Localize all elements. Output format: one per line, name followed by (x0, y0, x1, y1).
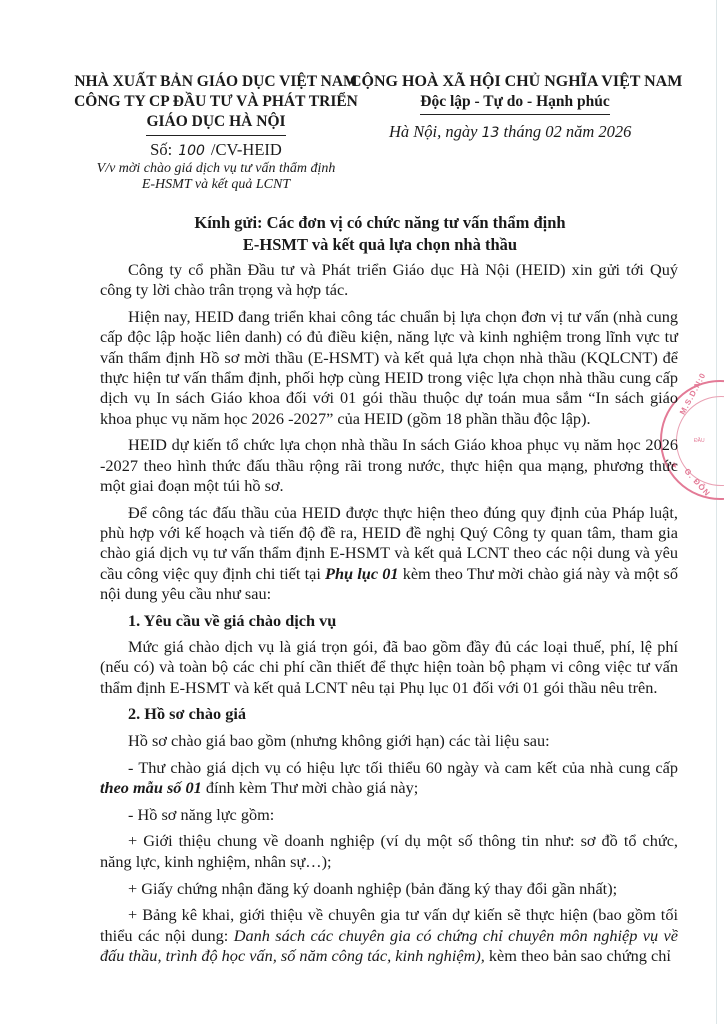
date-line: Hà Nội, ngày 13 tháng 02 năm 2026 (389, 122, 631, 142)
nation-title: CỘNG HOÀ XÃ HỘI CHỦ NGHĨA VIỆT NAM (350, 72, 680, 92)
parent-org-name: NHÀ XUẤT BẢN GIÁO DỤC VIỆT NAM (66, 72, 366, 92)
paragraph-request: Để công tác đấu thầu của HEID được thực … (100, 503, 678, 604)
sub-item-company-intro: + Giới thiệu chung về doanh nghiệp (ví d… (100, 831, 678, 872)
section-2-intro: Hồ sơ chào giá bao gồm (nhưng không giới… (100, 731, 678, 751)
subject-line2: E-HSMT và kết quả LCNT (66, 177, 366, 193)
number-suffix: /CV-HEID (211, 140, 282, 159)
item1-text-end: đính kèm Thư mời chào giá này; (206, 778, 418, 797)
stamp-text-mid: ĐẦU (694, 438, 705, 444)
national-motto: Độc lập - Tự do - Hạnh phúc (420, 92, 609, 115)
item1-text: - Thư chào giá dịch vụ có hiệu lực tối t… (128, 758, 678, 777)
addressee: Kính gửi: Các đơn vị có chức năng tư vấn… (100, 212, 660, 256)
paragraph-plan: HEID dự kiến tổ chức lựa chọn nhà thầu I… (100, 435, 678, 496)
paragraph-context: Hiện nay, HEID đang triển khai công tác … (100, 307, 678, 429)
subject-line1: V/v mời chào giá dịch vụ tư vấn thẩm địn… (66, 161, 366, 177)
appendix-reference: Phụ lục 01 (325, 564, 398, 583)
company-name-line2: GIÁO DỤC HÀ NỘI (146, 112, 285, 136)
number-handwritten: 100 (178, 143, 205, 159)
paragraph-greeting: Công ty cổ phần Đầu tư và Phát triển Giá… (100, 260, 678, 301)
document-number: Số:100/CV-HEID (66, 140, 366, 161)
sub-item-business-registration: + Giấy chứng nhận đăng ký doanh nghiệp (… (100, 879, 678, 899)
national-header: CỘNG HOÀ XÃ HỘI CHỦ NGHĨA VIỆT NAM Độc l… (350, 72, 680, 115)
number-prefix: Số: (150, 140, 172, 159)
page-edge (716, 0, 717, 1024)
issuer-block: NHÀ XUẤT BẢN GIÁO DỤC VIỆT NAM CÔNG TY C… (66, 72, 366, 193)
section-1-heading: 1. Yêu cầu về giá chào dịch vụ (100, 611, 678, 631)
date-prefix: Hà Nội, ngày (389, 122, 477, 141)
date-suffix: tháng 02 năm 2026 (504, 122, 632, 141)
list-item-capability: - Hồ sơ năng lực gồm: (100, 805, 678, 825)
letter-body: Công ty cổ phần Đầu tư và Phát triển Giá… (100, 260, 678, 973)
section-1-text: Mức giá chào dịch vụ là giá trọn gói, đã… (100, 637, 678, 698)
section-2-heading: 2. Hồ sơ chào giá (100, 704, 678, 724)
addressee-line2: E-HSMT và kết quả lựa chọn nhà thầu (100, 234, 660, 256)
list-item-quote-letter: - Thư chào giá dịch vụ có hiệu lực tối t… (100, 758, 678, 799)
date-day-handwritten: 13 (482, 125, 500, 141)
sub-item-experts: + Bảng kê khai, giới thiệu về chuyên gia… (100, 905, 678, 966)
form-reference: theo mẫu số 01 (100, 778, 202, 797)
sub3-text-end: kèm theo bản sao chứng chỉ (489, 946, 671, 965)
company-name-line1: CÔNG TY CP ĐẦU TƯ VÀ PHÁT TRIỂN (66, 92, 366, 112)
addressee-line1: Kính gửi: Các đơn vị có chức năng tư vấn… (100, 212, 660, 234)
